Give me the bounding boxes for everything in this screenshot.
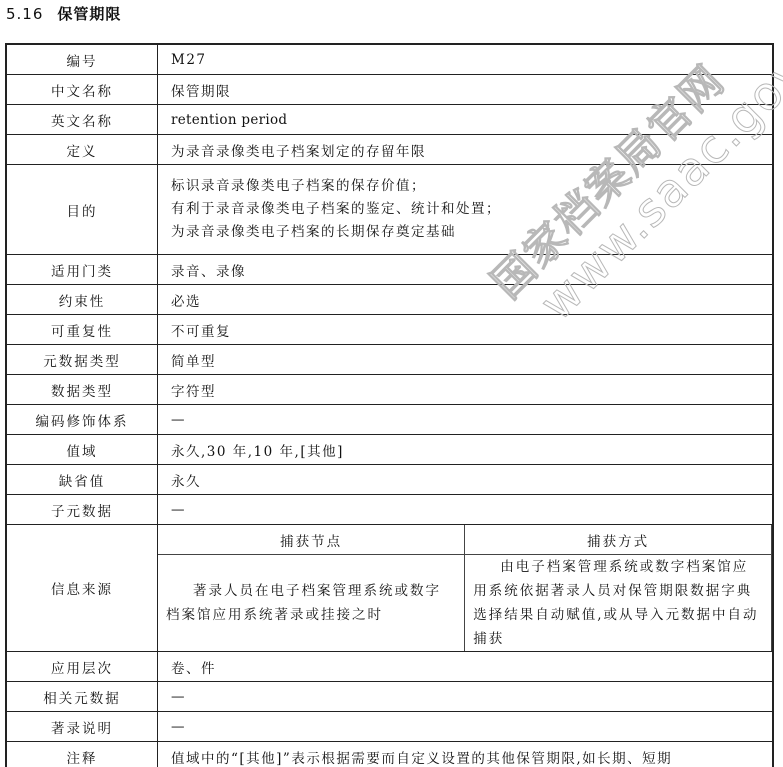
label-cell: 相关元数据: [6, 682, 158, 712]
row-data-type: 数据类型 字符型: [6, 375, 773, 405]
value-cell: —: [158, 495, 774, 525]
row-definition: 定义 为录音录像类电子档案划定的存留年限: [6, 135, 773, 165]
value-cell: 保管期限: [158, 75, 774, 105]
value-cell: 字符型: [158, 375, 774, 405]
row-sub-metadata: 子元数据 —: [6, 495, 773, 525]
english-name-text: retention period: [171, 112, 287, 128]
purpose-line: 为录音录像类电子档案的长期保存奠定基础: [171, 221, 772, 244]
row-purpose: 目的 标识录音录像类电子档案的保存价值； 有利于录音录像类电子档案的鉴定、统计和…: [6, 165, 773, 255]
label-cell: 适用门类: [6, 255, 158, 285]
value-cell: 永久: [158, 465, 774, 495]
label-cell: 编码修饰体系: [6, 405, 158, 435]
row-repeatability: 可重复性 不可重复: [6, 315, 773, 345]
section-title: 保管期限: [57, 5, 121, 23]
capture-cell: 捕获节点 捕获方式 著录人员在电子档案管理系统或数字档案馆应用系统著录或挂接之时…: [158, 525, 774, 652]
row-metadata-type: 元数据类型 简单型: [6, 345, 773, 375]
label-cell: 值域: [6, 435, 158, 465]
row-default-value: 缺省值 永久: [6, 465, 773, 495]
label-cell: 元数据类型: [6, 345, 158, 375]
label-cell: 子元数据: [6, 495, 158, 525]
purpose-line: 有利于录音录像类电子档案的鉴定、统计和处置；: [171, 198, 772, 221]
label-cell: 英文名称: [6, 105, 158, 135]
label-cell: 缺省值: [6, 465, 158, 495]
value-cell: 卷、件: [158, 652, 774, 682]
value-cell: 录音、录像: [158, 255, 774, 285]
value-cell: —: [158, 682, 774, 712]
value-cell: 必选: [158, 285, 774, 315]
row-chinese-name: 中文名称 保管期限: [6, 75, 773, 105]
capture-header-row: 捕获节点 捕获方式: [158, 525, 772, 555]
value-cell: 值域中的“[其他]”表示根据需要而自定义设置的其他保管期限,如长期、短期: [158, 742, 774, 767]
value-cell: 永久,30 年,10 年,[其他]: [158, 435, 774, 465]
label-cell: 可重复性: [6, 315, 158, 345]
label-cell: 编号: [6, 44, 158, 75]
label-cell: 中文名称: [6, 75, 158, 105]
capture-node-header: 捕获节点: [158, 525, 465, 555]
capture-method-cell: 由电子档案管理系统或数字档案馆应用系统依据著录人员对保管期限数据字典选择结果自动…: [465, 555, 772, 652]
label-cell: 信息来源: [6, 525, 158, 652]
label-cell: 数据类型: [6, 375, 158, 405]
row-application-level: 应用层次 卷、件: [6, 652, 773, 682]
value-cell: 简单型: [158, 345, 774, 375]
purpose-line: 标识录音录像类电子档案的保存价值；: [171, 175, 772, 198]
label-cell: 目的: [6, 165, 158, 255]
capture-body-row: 著录人员在电子档案管理系统或数字档案馆应用系统著录或挂接之时 由电子档案管理系统…: [158, 555, 772, 652]
row-encoding-scheme: 编码修饰体系 —: [6, 405, 773, 435]
section-heading: 5.16保管期限: [6, 3, 121, 24]
label-cell: 应用层次: [6, 652, 158, 682]
value-cell: 为录音录像类电子档案划定的存留年限: [158, 135, 774, 165]
row-annotation: 注释 值域中的“[其他]”表示根据需要而自定义设置的其他保管期限,如长期、短期: [6, 742, 773, 767]
row-related-metadata: 相关元数据 —: [6, 682, 773, 712]
capture-method-text: 由电子档案管理系统或数字档案馆应用系统依据著录人员对保管期限数据字典选择结果自动…: [473, 559, 758, 647]
row-applicable-category: 适用门类 录音、录像: [6, 255, 773, 285]
row-information-source: 信息来源 捕获节点 捕获方式 著录人员在电子档案管理系统或数字档案馆应用系统著录…: [6, 525, 773, 652]
label-cell: 定义: [6, 135, 158, 165]
label-cell: 注释: [6, 742, 158, 767]
label-cell: 约束性: [6, 285, 158, 315]
metadata-table: 编号 M27 中文名称 保管期限 英文名称 retention period 定…: [5, 43, 774, 767]
row-description-notes: 著录说明 —: [6, 712, 773, 742]
section-number: 5.16: [6, 5, 43, 23]
row-constraint: 约束性 必选: [6, 285, 773, 315]
row-english-name: 英文名称 retention period: [6, 105, 773, 135]
capture-table: 捕获节点 捕获方式 著录人员在电子档案管理系统或数字档案馆应用系统著录或挂接之时…: [158, 525, 772, 651]
capture-node-text: 著录人员在电子档案管理系统或数字档案馆应用系统著录或挂接之时: [166, 583, 441, 623]
value-cell: —: [158, 712, 774, 742]
value-cell: M27: [158, 44, 774, 75]
value-cell: 不可重复: [158, 315, 774, 345]
value-cell: —: [158, 405, 774, 435]
row-value-range: 值域 永久,30 年,10 年,[其他]: [6, 435, 773, 465]
value-cell: 标识录音录像类电子档案的保存价值； 有利于录音录像类电子档案的鉴定、统计和处置；…: [158, 165, 774, 255]
capture-method-header: 捕获方式: [465, 525, 772, 555]
value-cell: retention period: [158, 105, 774, 135]
label-cell: 著录说明: [6, 712, 158, 742]
capture-node-cell: 著录人员在电子档案管理系统或数字档案馆应用系统著录或挂接之时: [158, 555, 465, 652]
row-id: 编号 M27: [6, 44, 773, 75]
